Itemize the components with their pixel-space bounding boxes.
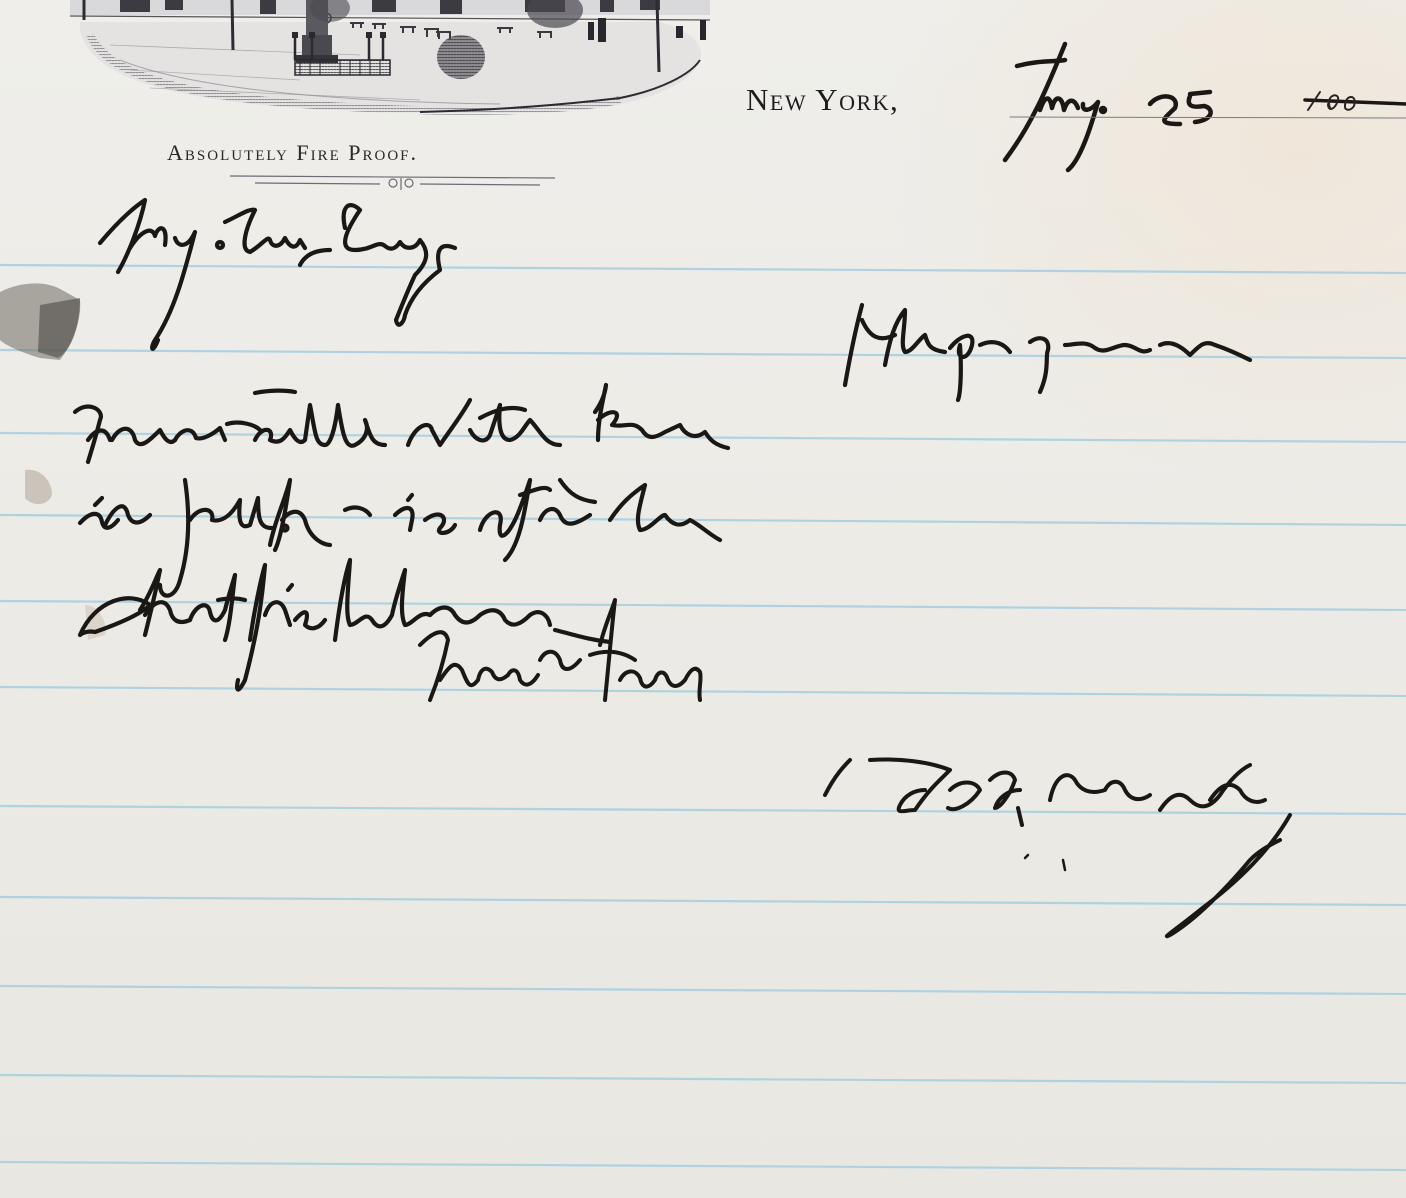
- salutation-strokes: [100, 200, 455, 349]
- signature-strokes: [825, 759, 1290, 936]
- letter-page: Absolutely Fire Proof. New York,: [0, 0, 1406, 1198]
- body-line-4-strokes: [80, 560, 610, 689]
- body-line-3-strokes: [80, 480, 720, 596]
- closing-strokes: [420, 600, 701, 700]
- body-line-2-strokes: [75, 385, 728, 462]
- body-line-1-strokes: [845, 305, 1250, 400]
- handwriting: [0, 0, 1406, 1198]
